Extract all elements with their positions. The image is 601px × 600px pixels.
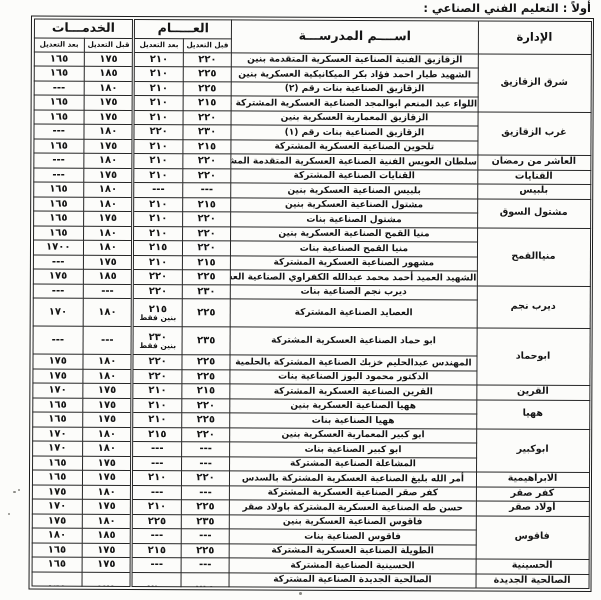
general-before-cell: ٢٢٥: [183, 67, 231, 82]
header-services-group: الخدمـــات: [34, 19, 134, 38]
general-before-cell: ٢٢٥: [182, 413, 230, 428]
school-name-cell: ههيا الصناعية بنات: [230, 413, 476, 429]
general-after-cell: ٢١٠: [132, 398, 182, 413]
general-after-cell: ٢١٠: [133, 255, 183, 270]
school-name-cell: ابو كبير المعمارية العسكرية بنين: [230, 427, 476, 443]
boys-only-note: بنين فقط: [134, 314, 181, 322]
general-after-cell: ٢١٠: [134, 95, 184, 110]
general-before-cell: ٢٣٥: [181, 514, 229, 529]
general-before-cell: ٢٢٥: [182, 270, 230, 285]
school-name-cell: الزقازيق الفنية الصناعية العسكرية المتقد…: [232, 52, 478, 68]
services-before-cell: ١٨٠: [84, 124, 134, 139]
administration-cell: ههيا: [476, 399, 589, 428]
administration-cell: كفر صقر: [476, 486, 589, 501]
services-after-cell: ١٦٥: [34, 52, 85, 67]
schools-table: الإدارة اســــم المدرســـة العـــــام ال…: [31, 18, 591, 589]
administration-cell: الصالحية الجديدة: [476, 573, 589, 588]
services-before-cell: ١٧٥: [82, 557, 132, 572]
school-name-cell: الزقازيق المعمارية العسكرية بنين: [231, 110, 477, 126]
services-after-cell: ١٧٠٠: [33, 240, 84, 255]
administration-cell: القنايات: [477, 169, 590, 184]
school-name-cell: ابو حماد الصناعية العسكرية المشتركة: [230, 327, 476, 356]
services-after-cell: ١٦٥: [32, 470, 83, 485]
general-before-cell: ---: [181, 529, 229, 544]
general-before-cell: ٢١٥: [182, 384, 230, 399]
services-before-cell: ١٨٠: [84, 197, 134, 212]
services-after-cell: ١٧٥: [33, 269, 84, 284]
services-before-cell: ١٧٥: [84, 52, 134, 67]
general-after-cell: ٢٢٠: [132, 354, 182, 369]
general-before-cell: ٢٢٥: [182, 299, 231, 327]
services-before-cell: ١٧٥: [83, 412, 133, 427]
general-before-cell: ٢١٥: [182, 255, 230, 270]
services-after-cell: ١٧٠: [33, 298, 84, 326]
services-before-cell: ١٨٠: [82, 514, 132, 529]
services-after-cell: ١٦٥: [33, 139, 84, 154]
schools-table-wrapper: الإدارة اســــم المدرســـة العـــــام ال…: [29, 16, 594, 592]
school-name-cell: الشهيد طيار احمد فؤاد بكر الميكانيكية ال…: [232, 67, 478, 83]
administration-cell: فاقوس: [476, 515, 589, 559]
general-after-cell: ٢٣٠بنين فقط: [132, 326, 182, 354]
services-before-cell: ١٨٠: [83, 441, 133, 456]
services-before-cell: ---: [83, 326, 133, 354]
services-after-cell: ١٦٥: [34, 110, 85, 125]
services-before-cell: ١٨٠: [84, 81, 134, 96]
services-before-cell: ١٧٥: [83, 456, 133, 471]
general-before-cell: ٢٣٠: [183, 125, 231, 140]
general-before-cell: ---: [181, 558, 229, 573]
services-before-cell: ١٧٥: [84, 110, 134, 125]
general-after-cell: ٢١٠: [133, 211, 183, 226]
services-after-cell: ١٦٥: [32, 398, 83, 413]
services-before-cell: ١٧٥: [82, 470, 132, 485]
boys-only-note: بنين فقط: [134, 342, 181, 350]
services-before-cell: ١٨٠: [83, 240, 133, 255]
services-before-cell: ١٨٠: [83, 369, 133, 384]
school-name-cell: سلطان العويس الفنية الصناعية العسكرية ال…: [231, 154, 477, 170]
administration-cell: بلبيس: [477, 184, 590, 199]
general-before-cell: ٢٢٠: [182, 398, 230, 413]
general-after-cell: ---: [133, 182, 183, 197]
general-after-cell: ٢١٥: [132, 427, 182, 442]
general-after-cell: ٢٢٥: [132, 514, 182, 529]
school-name-cell: منيا القمح الصناعية العسكرية بنين: [231, 226, 477, 242]
school-name-cell: مشهور الصناعية العسكرية المشتركة: [231, 255, 477, 271]
general-before-cell: ٢٢٠: [183, 168, 231, 183]
services-before-cell: ---: [83, 284, 133, 299]
services-before-cell: ١٨٠: [82, 485, 132, 500]
school-name-cell: مشتول الصناعية بنات: [231, 212, 477, 228]
school-name-cell: المشاعلة الصناعية المشتركة: [230, 456, 476, 472]
general-after-cell: ٢١٥: [133, 240, 183, 255]
school-name-cell: بلبيس الصناعية العسكرية بنين: [231, 183, 477, 199]
document-page: أولاً : التعليم الفني الصناعي : الإدارة …: [0, 0, 601, 600]
general-before-cell: ٢٣٥: [182, 327, 231, 355]
services-after-cell: ١٧٥: [32, 485, 83, 500]
services-after-cell: ١٧٥: [32, 354, 83, 369]
administration-cell: ابوحماد: [476, 328, 589, 385]
general-after-cell: ٢١٠: [133, 110, 183, 125]
services-after-cell: ---: [33, 168, 84, 183]
services-after-cell: ١٦٥: [33, 211, 84, 226]
school-name-cell: القرين الصناعية العسكرية المشتركة: [230, 384, 476, 400]
header-general-before: قبل التعديل: [183, 38, 231, 52]
services-after-cell: ١٦٥: [34, 66, 85, 81]
general-before-cell: ---: [181, 456, 229, 471]
general-before-cell: ٢٢٥: [183, 81, 231, 96]
general-before-cell: ٢٢٠: [182, 427, 230, 442]
general-after-cell: ٢١٠: [133, 168, 183, 183]
general-before-cell: ٢٢٠: [182, 226, 230, 241]
administration-cell: الحسينية: [476, 559, 589, 574]
services-after-cell: ١٦٥: [32, 543, 83, 558]
services-before-cell: ١٨٥: [82, 528, 132, 543]
general-after-cell: ---: [132, 485, 182, 500]
administration-cell: العاشر من رمضان: [477, 155, 590, 170]
services-after-cell: ١٧٥: [32, 514, 83, 529]
school-name-cell: منيا القمح الصناعية بنات: [231, 241, 477, 257]
services-before-cell: ١٧٥: [84, 168, 134, 183]
school-name-cell: اللواء عبد المنعم ابوالمجد الصناعية العس…: [231, 96, 477, 112]
school-name-cell: أمر الله بليغ الصناعية العسكرية المشتركة…: [230, 471, 476, 487]
table-header: الإدارة اســــم المدرســـة العـــــام ال…: [34, 19, 591, 54]
services-before-cell: ١٨٠: [84, 226, 134, 241]
services-after-cell: ١٦٥: [32, 456, 83, 471]
general-before-cell: ٢٢٠: [182, 241, 230, 256]
services-after-cell: ١٦٥: [32, 412, 83, 427]
school-name-cell: الطويلة الصناعية العسكرية المشتركة: [229, 543, 475, 559]
services-before-cell: ١٧٥: [82, 499, 132, 514]
services-before-cell: ١٨٠: [83, 427, 133, 442]
school-name-cell: ههيا الصناعية العسكرية بنين: [230, 398, 476, 414]
scan-artifact: [8, 513, 10, 515]
services-before-cell: ١٧٥: [84, 95, 134, 110]
general-before-cell: ---: [183, 183, 231, 198]
services-after-cell: ---: [33, 284, 84, 299]
school-name-cell: القنايات الصناعية المشتركة: [231, 168, 477, 184]
services-before-cell: ١٧٥: [84, 211, 134, 226]
services-after-cell: ١٧٠: [32, 383, 83, 398]
general-before-cell: ٢٢٥: [181, 500, 229, 515]
header-general-after: بعد التعديل: [134, 38, 184, 52]
school-name-cell: ابو كبير الصناعية بنات: [230, 442, 476, 458]
header-services-before: قبل التعديل: [84, 38, 133, 52]
services-after-cell: ١٦٥: [33, 182, 84, 197]
school-name-cell: الحسينية الصناعية المشتركة: [229, 558, 475, 574]
general-before-cell: ٢٢٠: [183, 52, 231, 67]
services-after-cell: ١٦٥: [32, 572, 83, 587]
school-name-cell: المهندس عبدالحليم خزبك الصناعية المشتركة…: [230, 355, 476, 371]
general-after-cell: ٢١٠: [132, 412, 182, 427]
general-after-cell: ---: [132, 528, 182, 543]
general-after-cell: ٢١٠: [133, 226, 183, 241]
general-before-cell: ٢٢٠: [183, 154, 231, 169]
scan-artifact: [18, 489, 20, 491]
general-after-cell: ٢١٠: [132, 499, 182, 514]
general-before-cell: ٢٢٥: [181, 543, 229, 558]
general-before-cell: ٢١٥: [181, 572, 229, 587]
administration-cell: غرب الزقازيق: [477, 111, 590, 155]
general-after-cell: ٢١٠: [134, 66, 184, 81]
header-general-group: العـــــام: [134, 19, 232, 38]
general-after-cell: ٢٢٠: [132, 369, 182, 384]
general-after-cell: ٢١٠: [133, 153, 183, 168]
administration-cell: القرين: [476, 385, 589, 400]
general-before-cell: ٢٢٠: [182, 212, 230, 227]
school-name-cell: فاقوس الصناعية بنات: [230, 529, 476, 545]
general-after-cell: ٢١٠: [133, 139, 183, 154]
general-before-cell: ٢٢٥: [182, 355, 230, 370]
header-administration: الإدارة: [478, 20, 591, 53]
school-name-cell: فاقوس الصناعية العسكرية بنين: [230, 514, 476, 530]
services-after-cell: ١٦٥: [33, 226, 84, 241]
administration-cell: منياالقمح: [477, 227, 590, 285]
general-after-cell: ---: [132, 557, 182, 572]
services-after-cell: ١٧٠: [32, 499, 83, 514]
general-before-cell: ٢٢٥: [182, 369, 230, 384]
header-services-after: بعد التعديل: [34, 38, 85, 52]
services-after-cell: ١٧٠: [32, 427, 83, 442]
general-after-cell: ٢١٠: [134, 52, 184, 67]
school-name-cell: الزقازيق الصناعية بنات رقم (١): [231, 125, 477, 141]
school-name-cell: ديرب نجم الصناعية بنات: [231, 284, 477, 300]
services-after-cell: ---: [33, 153, 84, 168]
general-after-cell: ٢١٠: [132, 470, 182, 485]
services-before-cell: ١٧٥: [84, 139, 134, 154]
general-before-cell: ٢١٥: [183, 197, 231, 212]
services-before-cell: ١٧٥: [83, 398, 133, 413]
school-name-cell: العصايد الصناعية المشتركة: [230, 299, 476, 328]
general-before-cell: ٢٣٠: [182, 284, 230, 299]
services-before-cell: ١٧٥: [82, 543, 132, 558]
services-after-cell: ---: [33, 326, 84, 354]
general-before-cell: ٢٢٠: [183, 110, 231, 125]
school-name-cell: الصالحية الجديدة الصناعية المشتركة: [229, 572, 475, 588]
services-before-cell: ١٨٥: [84, 66, 134, 81]
services-before-cell: ١٧٥: [83, 383, 133, 398]
services-after-cell: ١٧٥: [32, 369, 83, 384]
school-name-cell: مشتول الصناعية العسكرية بنين: [231, 197, 477, 213]
administration-cell: شرق الزقازيق: [478, 53, 591, 111]
services-before-cell: ١٨٥: [83, 269, 133, 284]
services-before-cell: ١٨٠: [83, 354, 133, 369]
services-after-cell: ١٦٥: [33, 197, 84, 212]
services-after-cell: ١٦٥: [34, 95, 85, 110]
general-after-cell: ٢٢٠: [133, 284, 183, 299]
administration-cell: مشتول السوق: [477, 198, 590, 227]
table-row: ابوحمادابو حماد الصناعية العسكرية المشتر…: [33, 326, 590, 356]
general-after-cell: ٢١٠: [133, 197, 183, 212]
administration-cell: الابراهيمية: [476, 472, 589, 487]
services-before-cell: ١٧٥: [82, 572, 132, 587]
services-after-cell: ١٦٥: [32, 557, 83, 572]
school-name-cell: الشهيد العميد أحمد محمد عبدالله الكفراوي…: [231, 270, 477, 286]
scan-artifact: [13, 491, 16, 493]
school-name-cell: كفر صقر الصناعية العسكرية المشتركة: [230, 485, 476, 501]
general-before-cell: ---: [181, 485, 229, 500]
general-after-cell: ---: [132, 441, 182, 456]
table-row: الصالحية الجديدةالصالحية الجديدة الصناعي…: [32, 572, 589, 589]
services-before-cell: ١٨٠: [84, 153, 134, 168]
school-name-cell: تلحوين الصناعية العسكرية المشتركة: [231, 139, 477, 155]
school-name-cell: الدكتور محمود البوز الصناعية بنات: [230, 369, 476, 385]
scan-artifact: [299, 592, 302, 595]
general-after-cell: ٢١٥: [132, 543, 182, 558]
general-after-cell: ٢١٠: [132, 383, 182, 398]
header-school-name: اســــم المدرســـة: [232, 19, 478, 53]
services-after-cell: ---: [33, 124, 84, 139]
general-before-cell: ٢١٥: [183, 96, 231, 111]
administration-cell: ديرب نجم: [477, 285, 590, 328]
administration-cell: ابوكبير: [476, 428, 589, 472]
services-before-cell: ١٨٠: [83, 298, 133, 326]
services-before-cell: ١٧٥: [83, 255, 133, 270]
general-after-cell: ٢١٠: [131, 572, 181, 587]
school-name-cell: الزقازيق الصناعية بنات رقم (٢): [231, 81, 477, 97]
general-after-cell: ٢٢٠: [133, 124, 183, 139]
general-after-cell: ٢١٥بنين فقط: [133, 298, 183, 326]
general-after-cell: ---: [132, 456, 182, 471]
services-after-cell: ١٨٠: [32, 528, 83, 543]
services-before-cell: ١٨٠: [84, 182, 134, 197]
general-after-cell: ٢٢٠: [133, 269, 183, 284]
services-after-cell: ١٧٠: [32, 441, 83, 456]
school-name-cell: حسن طه الصناعية العسكرية المشتركة باولاد…: [230, 500, 476, 516]
administration-cell: أولاد صقر: [476, 501, 589, 516]
table-body: شرق الزقازيقالزقازيق الفنية الصناعية الع…: [32, 52, 591, 589]
services-after-cell: ---: [34, 81, 85, 96]
general-before-cell: ٢٢٠: [181, 471, 229, 486]
general-before-cell: ---: [181, 442, 229, 457]
general-after-cell: ٢١٠: [134, 81, 184, 96]
general-before-cell: ٢١٥: [183, 139, 231, 154]
services-after-cell: ---: [33, 255, 84, 270]
